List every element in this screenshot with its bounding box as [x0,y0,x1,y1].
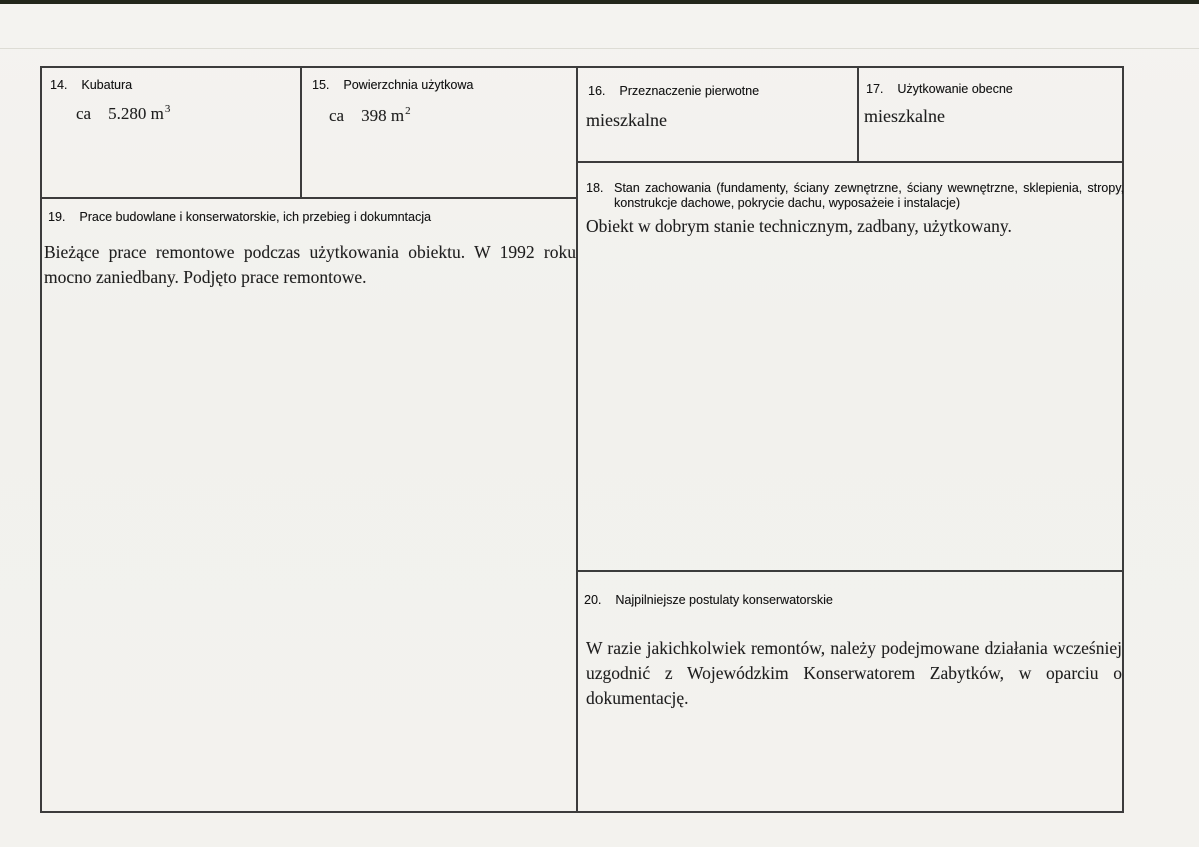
field-14-number: 14. [50,78,67,93]
field-14-value-number: 5.280 m [108,104,164,123]
table-divider-vertical-main [576,68,578,811]
field-15-value-exponent: 2 [405,105,411,117]
field-15-label: Powierzchnia użytkowa [343,78,473,92]
scan-edge-artifact [0,0,1199,4]
field-16-label: Przeznaczenie pierwotne [619,84,759,98]
field-15-value: ca398 m2 [329,106,411,126]
field-16-value: mieszkalne [586,110,667,131]
field-17-number: 17. [866,82,883,97]
field-17-label: Użytkowanie obecne [897,82,1012,96]
field-17-header: 17.Użytkowanie obecne [866,82,1013,97]
field-15-header: 15.Powierzchnia użytkowa [312,78,473,93]
field-18-value: Obiekt w dobrym stanie technicznym, zadb… [586,214,1012,239]
table-divider-right-row1 [576,161,1122,163]
field-14-label: Kubatura [81,78,132,92]
field-20-value-line1: W razie jakichkolwiek remontów, należy p… [586,636,1122,661]
field-15-value-number: 398 m [361,106,404,125]
field-19-value-line1: Bieżące prace remontowe podczas użytkowa… [44,240,576,265]
field-20-value-line3: dokumentację. [586,686,1122,711]
field-18-label: Stan zachowania (fundamenty, ściany zewn… [614,181,1124,211]
field-19-label: Prace budowlane i konserwatorskie, ich p… [79,210,431,224]
field-14-value-exponent: 3 [165,103,171,115]
field-15-number: 15. [312,78,329,93]
field-18-number: 18. [586,181,617,196]
field-14-value: ca5.280 m3 [76,104,170,124]
scan-fold-line [0,48,1199,49]
field-20-header: 20.Najpilniejsze postulaty konserwatorsk… [584,593,833,608]
scanned-document-page: 14.Kubatura ca5.280 m3 15.Powierzchnia u… [0,0,1199,847]
field-16-header: 16.Przeznaczenie pierwotne [588,84,759,99]
field-20-label: Najpilniejsze postulaty konserwatorskie [615,593,832,607]
field-18-label-line2: konstrukcje dachowe, pokrycie dachu, wyp… [614,196,1124,211]
field-19-value-line2: mocno zaniedbany. Podjęto prace remontow… [44,265,576,290]
field-19-number: 19. [48,210,65,225]
field-20-number: 20. [584,593,601,608]
table-divider-left-row [42,197,578,199]
field-16-number: 16. [588,84,605,99]
field-18-label-line1: Stan zachowania (fundamenty, ściany zewn… [614,181,1124,196]
field-14-value-prefix: ca [76,104,91,123]
field-20-value-line2: uzgodnić z Wojewódzkim Konserwatorem Zab… [586,661,1122,686]
field-19-value: Bieżące prace remontowe podczas użytkowa… [44,240,576,290]
form-table: 14.Kubatura ca5.280 m3 15.Powierzchnia u… [40,66,1124,813]
table-divider-field16-field17 [857,68,859,161]
field-20-value: W razie jakichkolwiek remontów, należy p… [586,636,1122,711]
field-19-header: 19.Prace budowlane i konserwatorskie, ic… [48,210,431,225]
field-15-value-prefix: ca [329,106,344,125]
field-14-header: 14.Kubatura [50,78,132,93]
field-17-value: mieszkalne [864,106,945,127]
table-divider-right-row2 [576,570,1122,572]
table-divider-field14-field15 [300,68,302,197]
